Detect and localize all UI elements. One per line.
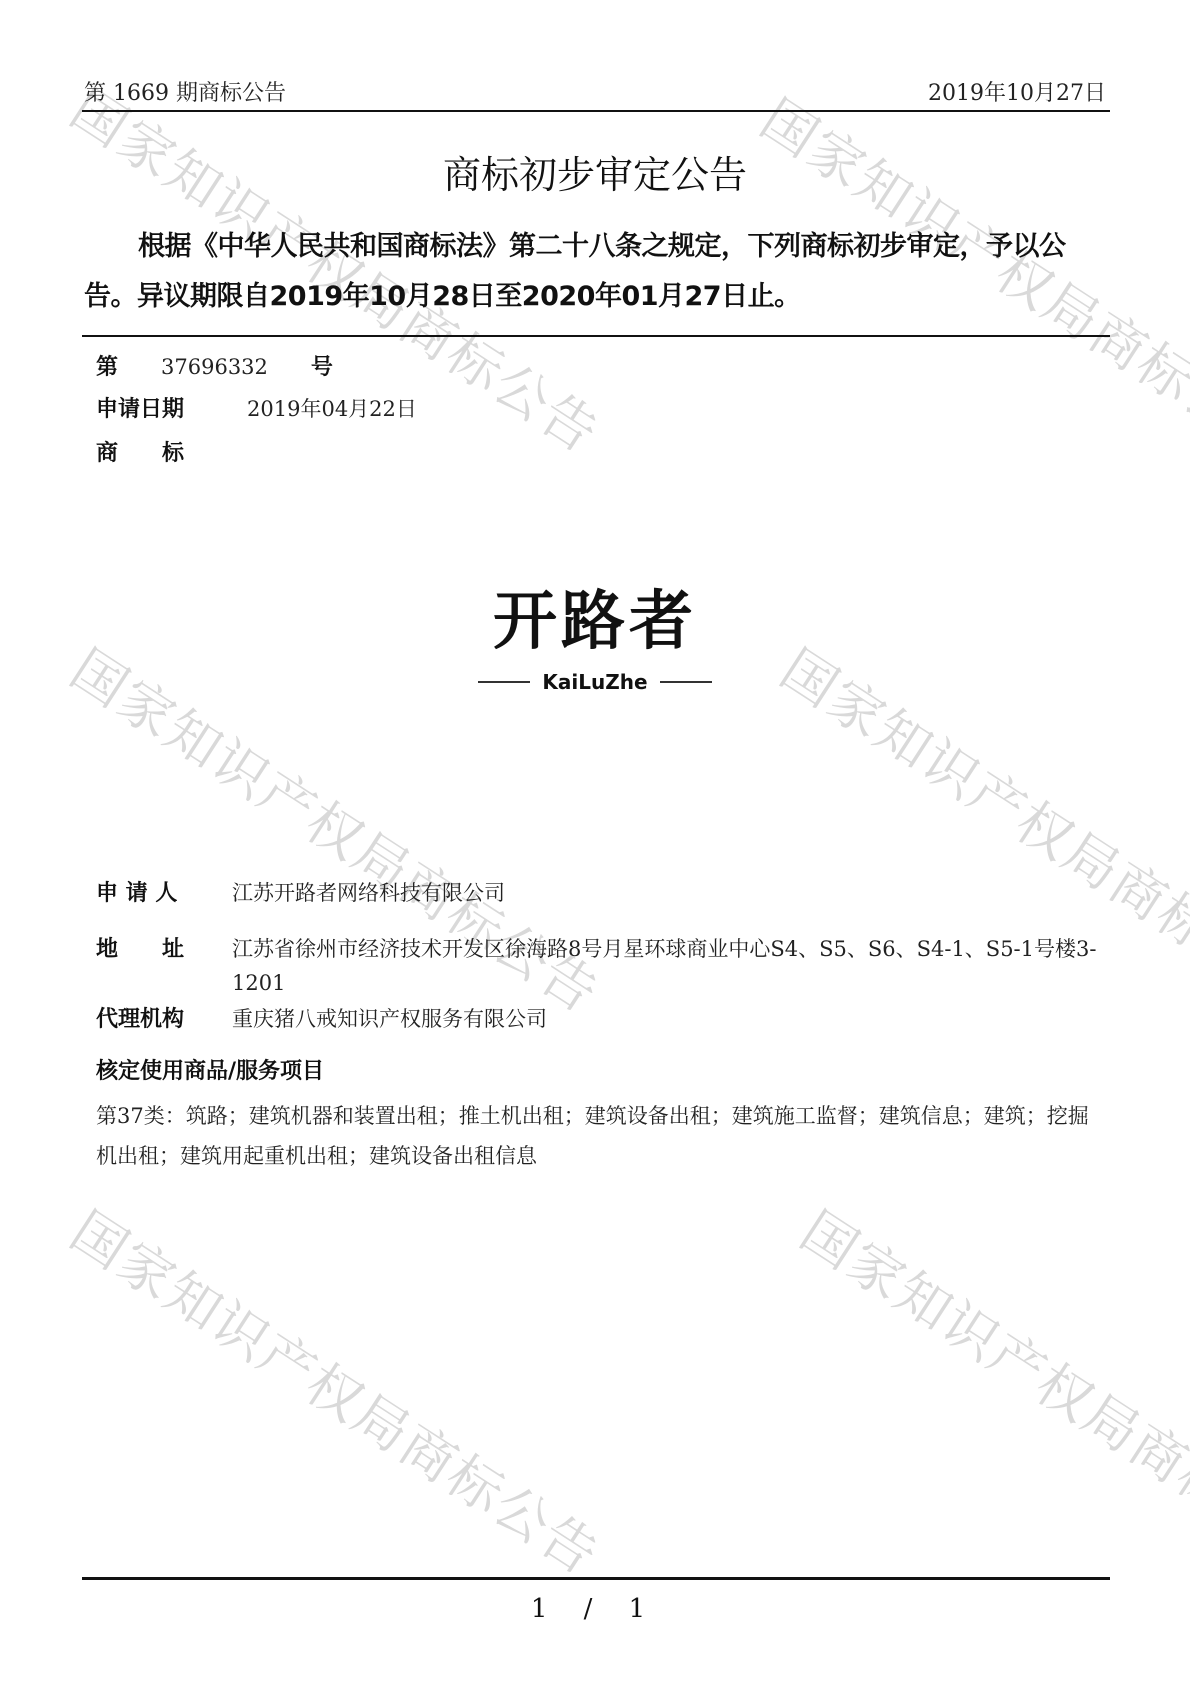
trademark-logo: 开路者 KaiLuZhe: [0, 570, 1190, 694]
trademark-pinyin-row: KaiLuZhe: [0, 670, 1190, 694]
application-date-row: 申请日期 2019年04月22日: [96, 392, 417, 423]
section-divider: [82, 335, 1110, 337]
application-date-label: 申请日期: [96, 397, 184, 422]
trademark-pinyin: KaiLuZhe: [542, 670, 647, 694]
address-value: 江苏省徐州市经济技术开发区徐海路8号月星环球商业中心S4、S5、S6、S4-1、…: [232, 932, 1106, 1000]
intro-paragraph: 根据《中华人民共和国商标法》第二十八条之规定，下列商标初步审定，予以公告。异议期…: [84, 222, 1114, 322]
trademark-chinese: 开路者: [0, 570, 1190, 662]
address-label: 地 址: [96, 932, 232, 1000]
registration-number-row: 第 37696332 号: [96, 350, 333, 381]
issue-number: 第 1669 期商标公告: [84, 76, 286, 107]
applicant-label: 申 请 人: [96, 876, 232, 910]
goods-services-list: 第37类：筑路；建筑机器和装置出租；推土机出租；建筑设备出租；建筑施工监督；建筑…: [96, 1096, 1106, 1176]
applicant-row: 申 请 人 江苏开路者网络科技有限公司: [96, 876, 1106, 910]
number-prefix: 第: [96, 355, 118, 380]
registration-number: 37696332: [161, 355, 268, 379]
trademark-label-row: 商 标: [96, 436, 184, 467]
agent-row: 代理机构 重庆猪八戒知识产权服务有限公司: [96, 1002, 1106, 1036]
trademark-label: 商 标: [96, 441, 184, 466]
agent-label: 代理机构: [96, 1002, 232, 1036]
decorative-line: [660, 681, 712, 683]
number-suffix: 号: [311, 355, 333, 380]
publication-date: 2019年10月27日: [928, 76, 1106, 107]
applicant-value: 江苏开路者网络科技有限公司: [232, 876, 1106, 910]
footer-divider: [82, 1577, 1110, 1580]
page-number: 1 / 1: [0, 1594, 1190, 1624]
page-title: 商标初步审定公告: [0, 144, 1190, 199]
agent-value: 重庆猪八戒知识产权服务有限公司: [232, 1002, 1106, 1036]
document-page: 第 1669 期商标公告 2019年10月27日 商标初步审定公告 根据《中华人…: [0, 0, 1190, 1684]
goods-services-title: 核定使用商品/服务项目: [96, 1054, 324, 1085]
address-row: 地 址 江苏省徐州市经济技术开发区徐海路8号月星环球商业中心S4、S5、S6、S…: [96, 932, 1106, 1000]
application-date: 2019年04月22日: [247, 397, 417, 421]
decorative-line: [478, 681, 530, 683]
header-divider: [82, 110, 1110, 112]
